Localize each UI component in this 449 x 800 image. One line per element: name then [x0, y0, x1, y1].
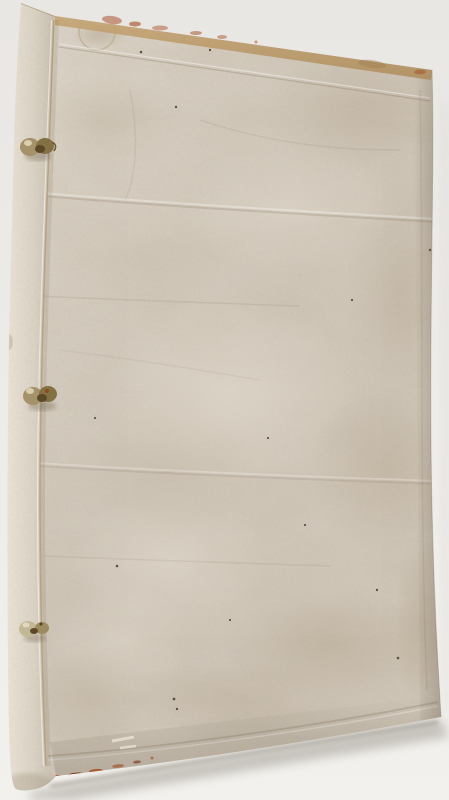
photo-scene — [0, 0, 449, 800]
cover-texture — [30, 5, 449, 790]
book-photo — [0, 0, 449, 800]
book-cover — [30, 5, 449, 790]
